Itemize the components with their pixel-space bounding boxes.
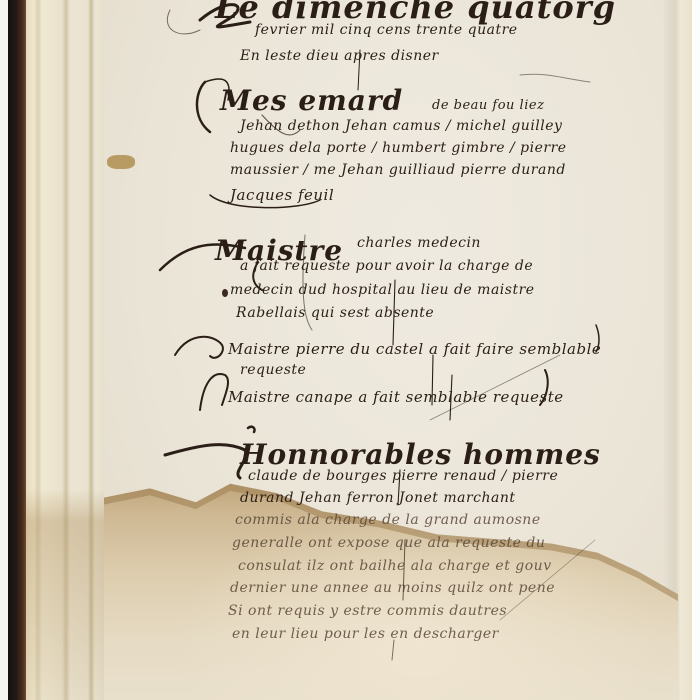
entry-2-line-3: maussier / me Jehan guilliaud pierre dur… — [230, 162, 566, 178]
entry-3-line-2: medecin dud hospital au lieu de maistre — [230, 282, 535, 298]
entry-1-line-2: En leste dieu apres disner — [240, 48, 439, 64]
entry-5-line-8: en leur lieu pour les en descharger — [232, 626, 499, 642]
entry-2-line-2: hugues dela porte / humbert gimbre / pie… — [230, 140, 567, 156]
entry-5-line-6: dernier une annee au moins quilz ont pen… — [230, 580, 555, 596]
entry-3-line-1: a fait requeste pour avoir la charge de — [240, 258, 533, 274]
entry-4-line-1: Maistre pierre du castel a fait faire se… — [228, 340, 601, 358]
entry-5-line-4: generalle ont expose que ala requeste du — [232, 535, 545, 551]
image-margin-left — [0, 0, 8, 700]
entry-5-line-1: claude de bourges pierre renaud / pierre — [248, 468, 558, 484]
page-edges-water-stain — [26, 490, 104, 700]
entry-3-line-3: Rabellais qui sest absente — [236, 305, 434, 321]
entry-5-line-7: Si ont requis y estre commis dautres — [228, 603, 507, 619]
entry-4-line-2: requeste — [240, 362, 306, 378]
entry-1-line-1: fevrier mil cinq cens trente quatre — [255, 22, 518, 38]
entry-2-line-4: Jacques feuil — [230, 186, 334, 204]
entry-3-heading-suffix: charles medecin — [357, 235, 481, 251]
manuscript-photo: Le dimenche quatorg fevrier mil cinq cen… — [0, 0, 700, 700]
entry-2-heading: Mes emard — [220, 84, 403, 117]
entry-5-line-3: commis ala charge de la grand aumosne — [235, 512, 541, 528]
entry-5-line-2: durand Jehan ferron Jonet marchant — [240, 490, 516, 506]
margin-stain-spot — [107, 155, 135, 169]
entry-2-heading-suffix: de beau fou liez — [432, 98, 544, 113]
entry-2-line-1: Jehan dethon Jehan camus / michel guille… — [240, 118, 562, 134]
entry-5-heading: Honnorables hommes — [240, 438, 601, 471]
entry-5-line-5: consulat ilz ont bailhe ala charge et go… — [238, 558, 552, 574]
entry-4-line-3: Maistre canape a fait semblable requeste — [228, 388, 564, 406]
book-binding-edge — [8, 0, 26, 700]
